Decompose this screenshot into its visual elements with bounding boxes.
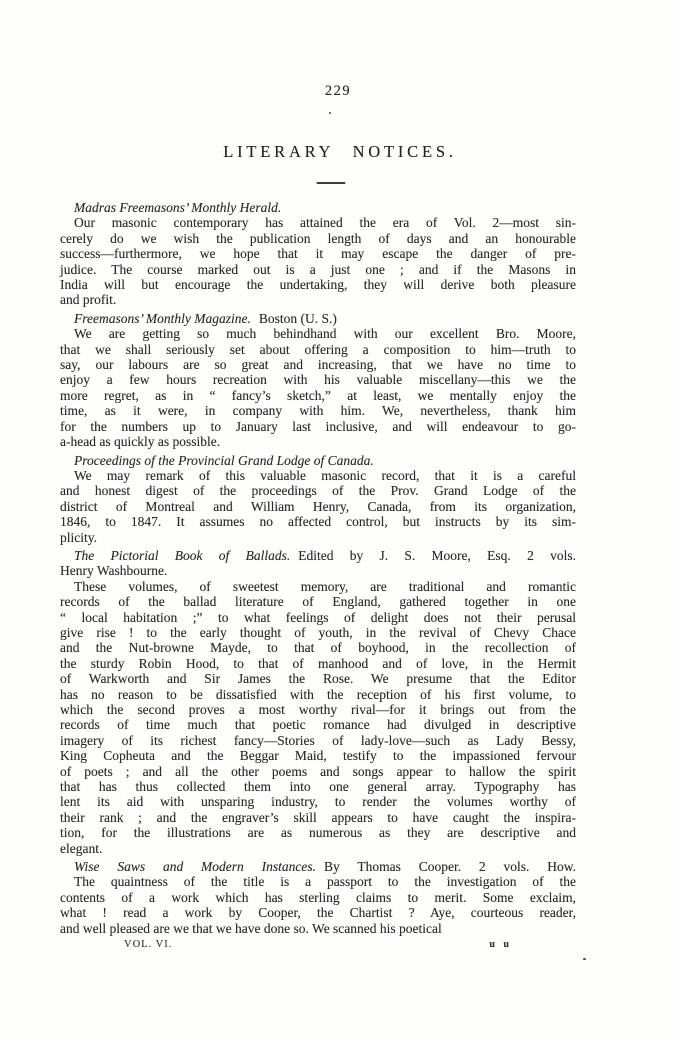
notice-heading-line: Madras Freemasons’ Monthly Herald.	[60, 200, 576, 215]
text-line: The quaintness of the title is a passpor…	[60, 874, 576, 889]
notice-title-text: Wise Saws and Modern Instances.	[74, 859, 316, 874]
text-line: records of the ballad literature of Engl…	[60, 594, 576, 609]
notices-content: Madras Freemasons’ Monthly Herald.Our ma…	[60, 200, 576, 953]
text-line: of poets ; and all the other poems and s…	[60, 764, 576, 779]
page-title: LITERARY NOTICES.	[82, 142, 598, 162]
notice-heading-line: Proceedings of the Provincial Grand Lodg…	[60, 453, 576, 468]
text-line: These volumes, of sweetest memory, are t…	[60, 579, 576, 594]
literary-notice: Freemasons’ Monthly Magazine.Boston (U. …	[60, 311, 576, 450]
notice-title-text: Proceedings of the Provincial Grand Lodg…	[74, 453, 374, 468]
text-line: and the Nut-browne Mayde, to that of boy…	[60, 640, 576, 655]
text-line: time, as it were, in company with him. W…	[60, 403, 576, 418]
notice-heading-text: Boston (U. S.)	[251, 311, 337, 326]
page-number: 229	[80, 83, 596, 100]
text-line: enjoy a few hours recreation with his va…	[60, 372, 576, 387]
text-line: plicity.	[60, 530, 576, 545]
literary-notice: Proceedings of the Provincial Grand Lodg…	[60, 453, 576, 545]
signature-mark: u u	[489, 937, 512, 952]
text-line: and well pleased are we that we have don…	[60, 921, 576, 936]
text-line: more regret, as in “ fancy’s sketch,” at…	[60, 388, 576, 403]
notice-title-text: The Pictorial Book of Ballads.	[74, 548, 290, 563]
notice-heading-text: Henry Washbourne.	[60, 563, 167, 578]
text-line: that we shall seriously set about offeri…	[60, 342, 576, 357]
notice-heading-line: Henry Washbourne.	[60, 563, 576, 578]
notice-heading-line: Freemasons’ Monthly Magazine.Boston (U. …	[60, 311, 576, 326]
notice-heading-line: Wise Saws and Modern Instances.By Thomas…	[60, 859, 576, 874]
text-line: has no reason to be dissatisfied with th…	[60, 687, 576, 702]
text-line: give rise ! to the early thought of yout…	[60, 625, 576, 640]
text-line: 1846, to 1847. It assumes no affected co…	[60, 514, 576, 529]
text-line: and honest digest of the proceedings of …	[60, 483, 576, 498]
text-line: cerely do we wish the publication length…	[60, 231, 576, 246]
ink-speck	[583, 958, 586, 960]
text-column: 229 LITERARY NOTICES. Madras Freemasons’…	[60, 0, 576, 1043]
text-line: what ! read a work by Cooper, the Charti…	[60, 905, 576, 920]
text-line: “ local habitation ;” to what feelings o…	[60, 610, 576, 625]
notice-title-text: Freemasons’ Monthly Magazine.	[74, 311, 251, 326]
text-line: say, our labours are so great and increa…	[60, 357, 576, 372]
literary-notice: Wise Saws and Modern Instances.By Thomas…	[60, 859, 576, 936]
notice-title-text: Madras Freemasons’ Monthly Herald.	[74, 200, 281, 215]
divider-rule	[317, 182, 346, 184]
text-line: success—furthermore, we hope that it may…	[60, 246, 576, 261]
text-line: India will but encourage the undertaking…	[60, 277, 576, 292]
text-line: We are getting so much behindhand with o…	[60, 326, 576, 341]
text-line: imagery of its richest fancy—Stories of …	[60, 733, 576, 748]
text-line: judice. The course marked out is a just …	[60, 262, 576, 277]
literary-notice: The Pictorial Book of Ballads.Edited by …	[60, 548, 576, 856]
notice-heading-line: The Pictorial Book of Ballads.Edited by …	[60, 548, 576, 563]
literary-notice: Madras Freemasons’ Monthly Herald.Our ma…	[60, 200, 576, 308]
scanned-page: 229 LITERARY NOTICES. Madras Freemasons’…	[0, 0, 679, 1043]
volume-label: VOL. VI.	[124, 937, 172, 952]
text-line: We may remark of this valuable masonic r…	[60, 468, 576, 483]
text-line: the sturdy Robin Hood, to that of manhoo…	[60, 656, 576, 671]
page-footer: VOL. VI.u u	[60, 937, 576, 952]
text-line: which the second proves a most worthy ri…	[60, 702, 576, 717]
notice-heading-text: By Thomas Cooper. 2 vols. How.	[316, 859, 576, 874]
ink-speck	[329, 112, 331, 114]
text-line: lent its aid with unsparing industry, to…	[60, 794, 576, 809]
text-line: tion, for the illustrations are as numer…	[60, 825, 576, 840]
text-line: King Copheuta and the Beggar Maid, testi…	[60, 748, 576, 763]
text-line: that has thus collected them into one ge…	[60, 779, 576, 794]
text-line: Our masonic contemporary has attained th…	[60, 215, 576, 230]
text-line: elegant.	[60, 841, 576, 856]
text-line: and profit.	[60, 292, 576, 307]
text-line: their rank ; and the engraver’s skill ap…	[60, 810, 576, 825]
text-line: a-head as quickly as possible.	[60, 434, 576, 449]
text-line: contents of a work which has sterling cl…	[60, 890, 576, 905]
text-line: for the numbers up to January last inclu…	[60, 419, 576, 434]
text-line: of Warkworth and Sir James the Rose. We …	[60, 671, 576, 686]
text-line: district of Montreal and William Henry, …	[60, 499, 576, 514]
text-line: records of time much that poetic romance…	[60, 717, 576, 732]
notice-heading-text: Edited by J. S. Moore, Esq. 2 vols.	[290, 548, 576, 563]
